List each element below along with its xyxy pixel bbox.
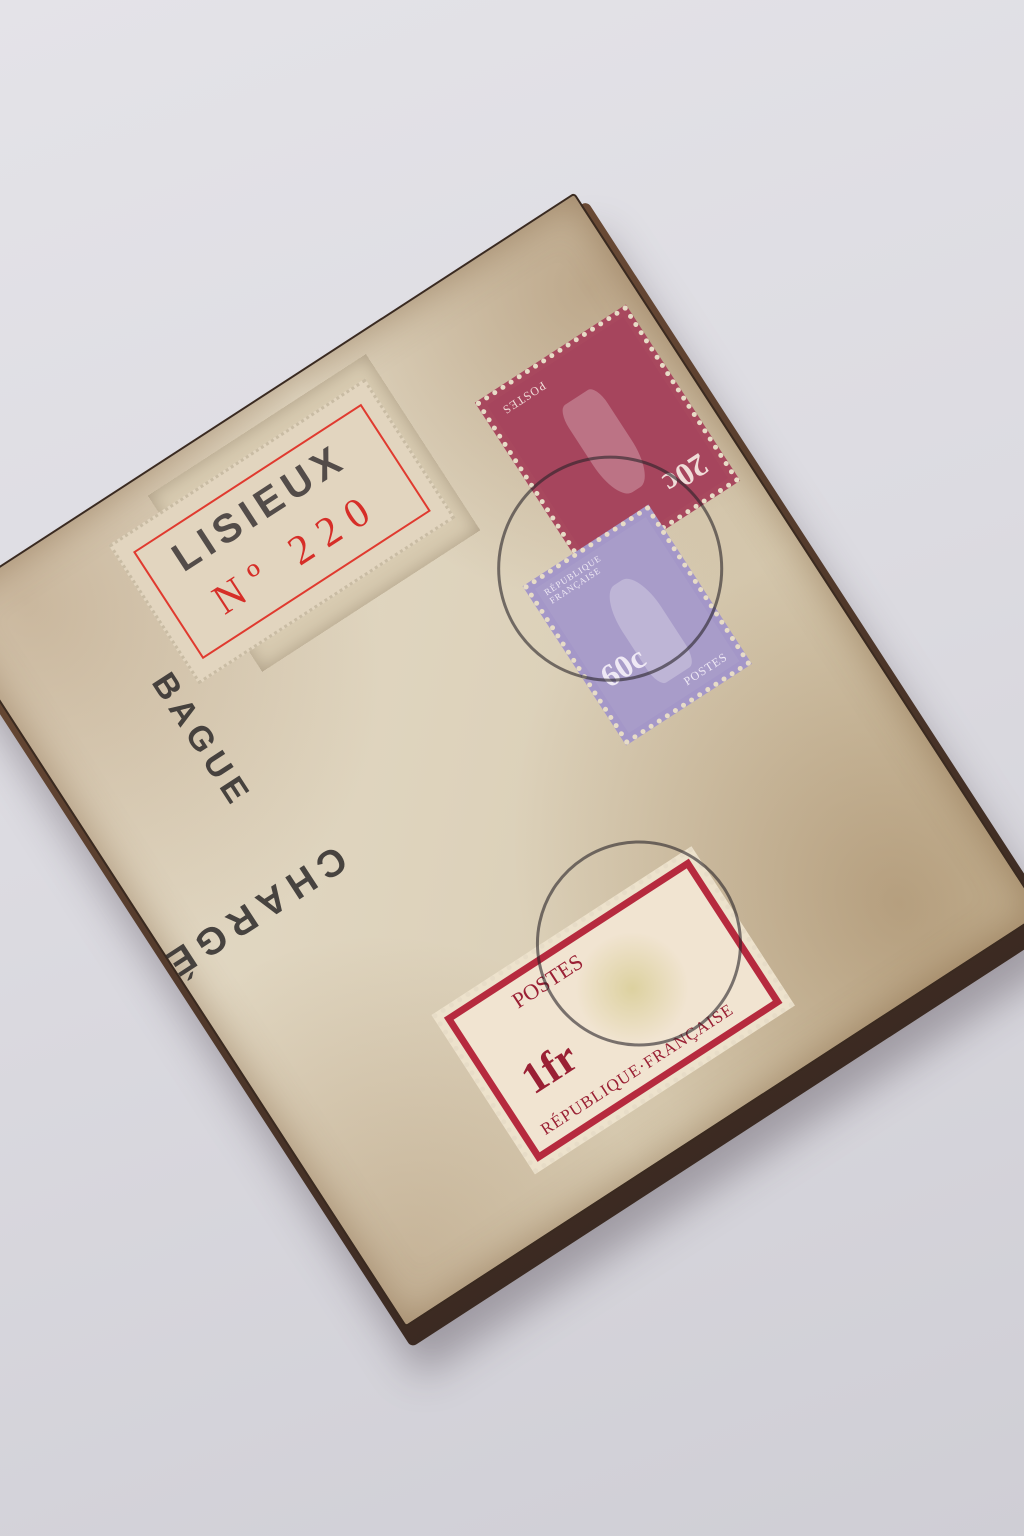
handstamp-charge: CHARGÉ — [152, 836, 354, 988]
stamp-bottom-text: POSTES — [499, 378, 549, 417]
handstamp-bague: BAGUE — [143, 666, 259, 815]
stamp-value: 1fr — [512, 1031, 587, 1104]
label-frame — [133, 404, 431, 659]
box-lid: LISIEUX Nº 220 BAGUE CHARGÉ 20c POSTES R… — [0, 192, 1024, 1327]
vintage-box: LISIEUX Nº 220 BAGUE CHARGÉ 20c POSTES R… — [0, 192, 1024, 1327]
